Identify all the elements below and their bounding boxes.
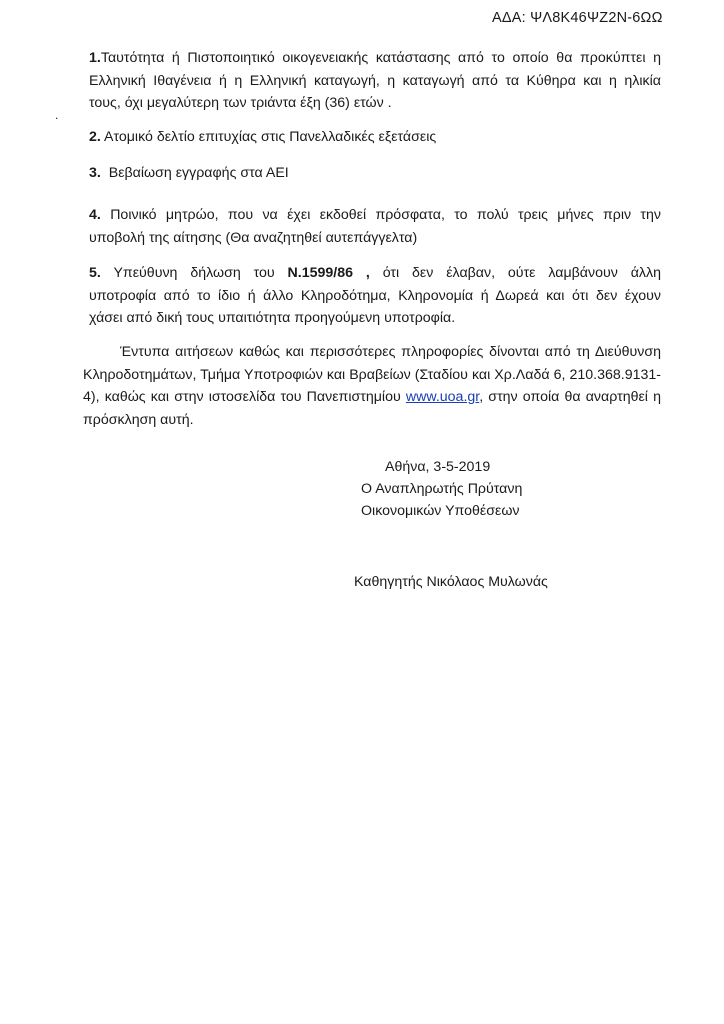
uoa-website-link[interactable]: www.uoa.gr — [406, 389, 479, 405]
requirement-item-5: 5. Υπεύθυνη δήλωση του Ν.1599/86 , ότι δ… — [89, 262, 661, 330]
signatory-title-1: Ο Αναπληρωτής Πρύτανη — [361, 478, 522, 500]
item-number: 4. — [89, 207, 101, 223]
requirement-item-4: 4. Ποινικό μητρώο, που να έχει εκδοθεί π… — [89, 204, 661, 249]
info-paragraph: Έντυπα αιτήσεων καθώς και περισσότερες π… — [83, 341, 661, 431]
requirement-item-1: 1.Ταυτότητα ή Πιστοποιητικό οικογενειακή… — [89, 47, 661, 115]
ada-identifier: ΑΔΑ: ΨΛ8Κ46ΨΖ2Ν-6ΩΩ — [492, 10, 663, 26]
signatory-name: Καθηγητής Νικόλαος Μυλωνάς — [354, 571, 548, 593]
place-date: Αθήνα, 3-5-2019 — [385, 456, 490, 478]
requirement-item-3: 3. Βεβαίωση εγγραφής στα ΑΕΙ — [89, 165, 289, 181]
item-number: 2. — [89, 129, 101, 145]
signatory-title-2: Οικονομικών Υποθέσεων — [361, 500, 520, 522]
item-number: 5. — [89, 265, 101, 281]
stray-dot: . — [55, 108, 58, 122]
item-number: 3. — [89, 165, 101, 181]
item-number: 1. — [89, 50, 101, 66]
law-reference: Ν.1599/86 , — [288, 265, 370, 281]
requirement-item-2: 2. Ατομικό δελτίο επιτυχίας στις Πανελλα… — [89, 129, 436, 145]
